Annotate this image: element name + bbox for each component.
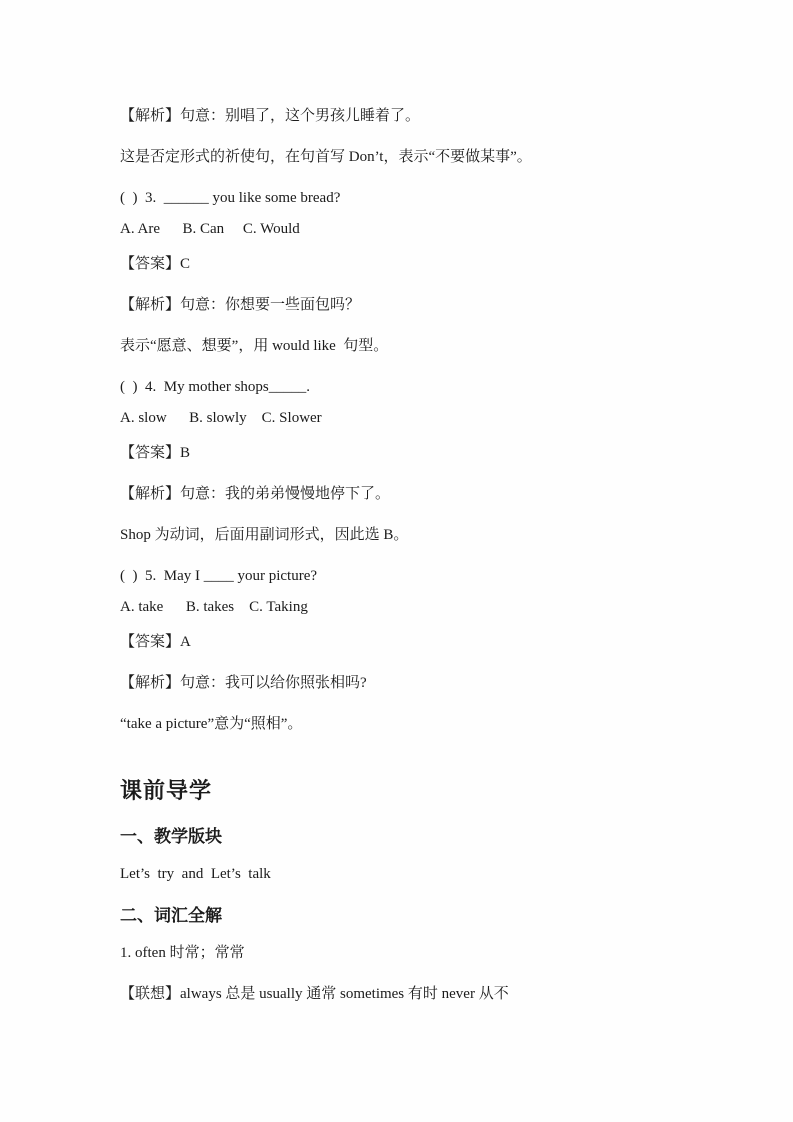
document-body: 【解析】句意：别唱了，这个男孩儿睡着了。这是否定形式的祈使句，在句首写 Don’… <box>120 106 703 1005</box>
document-page: 【解析】句意：别唱了，这个男孩儿睡着了。这是否定形式的祈使句，在句首写 Don’… <box>0 0 793 1122</box>
answer-options-line: A. Are B. Can C. Would <box>120 219 703 240</box>
answer-line: 【答案】A <box>120 632 703 653</box>
document-line: Shop 为动词，后面用副词形式，因此选 B。 <box>120 525 703 546</box>
sub-heading: 二、词汇全解 <box>120 905 703 927</box>
document-line: 1. often 时常；常常 <box>120 943 703 964</box>
answer-options-line: A. slow B. slowly C. Slower <box>120 408 703 429</box>
answer-line: 【答案】C <box>120 254 703 275</box>
document-line: ( ) 5. May I ____ your picture? <box>120 566 703 587</box>
document-line: 表示“愿意、想要”，用 would like 句型。 <box>120 336 703 357</box>
sub-heading: 一、教学版块 <box>120 826 703 848</box>
answer-line: 【答案】B <box>120 443 703 464</box>
document-line: 【解析】句意：你想要一些面包吗？ <box>120 295 703 316</box>
document-line: ( ) 3. ______ you like some bread? <box>120 188 703 209</box>
section-heading: 课前导学 <box>120 778 703 806</box>
document-line: “take a picture”意为“照相”。 <box>120 714 703 735</box>
document-line: ( ) 4. My mother shops_____. <box>120 377 703 398</box>
document-line: 【解析】句意：我的弟弟慢慢地停下了。 <box>120 484 703 505</box>
document-line: 【解析】句意：别唱了，这个男孩儿睡着了。 <box>120 106 703 127</box>
answer-options-line: A. take B. takes C. Taking <box>120 597 703 618</box>
document-line: 【联想】always 总是 usually 通常 sometimes 有时 ne… <box>120 984 703 1005</box>
document-line: 这是否定形式的祈使句，在句首写 Don’t，表示“不要做某事”。 <box>120 147 703 168</box>
document-line: 【解析】句意：我可以给你照张相吗? <box>120 673 703 694</box>
document-line: Let’s try and Let’s talk <box>120 864 703 885</box>
